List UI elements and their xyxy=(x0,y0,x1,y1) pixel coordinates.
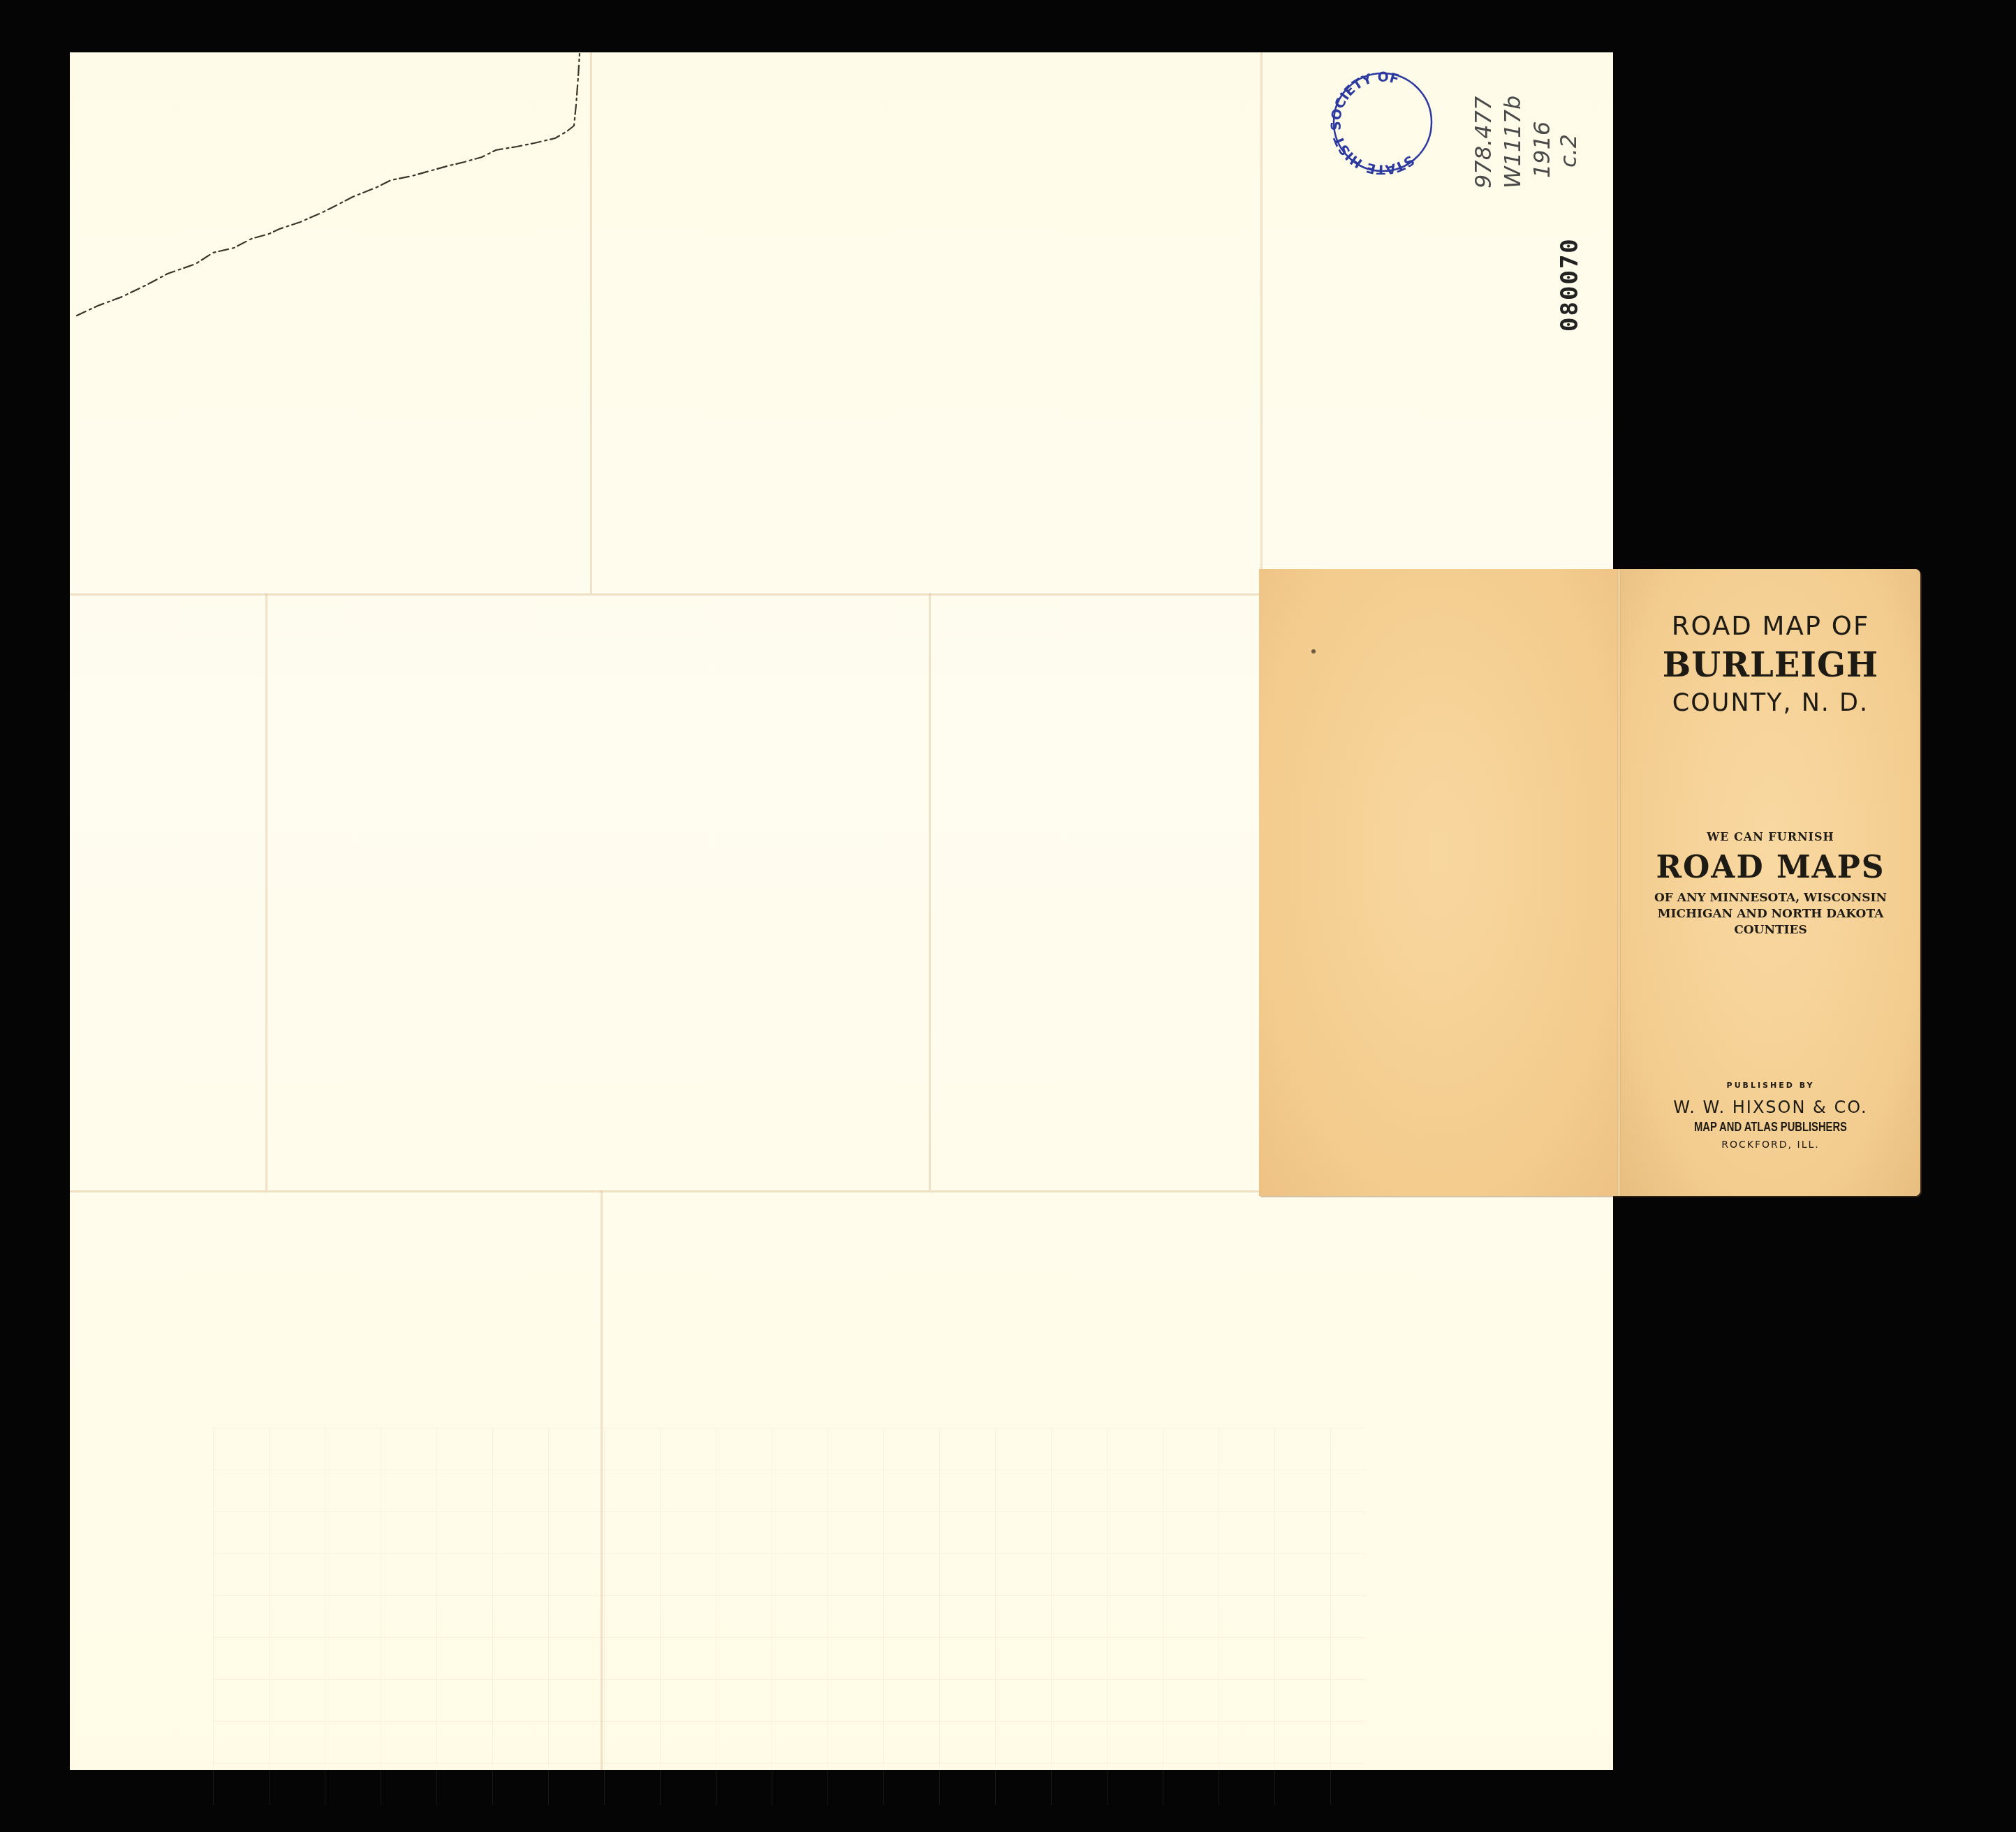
ad-body: OF ANY MINNESOTA, WISCONSIN MICHIGAN AND… xyxy=(1621,890,1920,938)
map-cover: ROAD MAP OF BURLEIGH COUNTY, N. D. WE CA… xyxy=(1259,569,1920,1196)
publisher-city: ROCKFORD, ILL. xyxy=(1621,1139,1920,1151)
ad-body-line: MICHIGAN AND NORTH DAKOTA xyxy=(1621,906,1920,922)
ad-body-line: COUNTIES xyxy=(1621,922,1920,938)
cover-title-county-state: COUNTY, N. D. xyxy=(1621,689,1920,717)
svg-text:STATE HIST SOCIETY OF ND: STATE HIST SOCIETY OF ND xyxy=(1330,70,1417,175)
call-number-line: 978.477 xyxy=(1470,96,1496,189)
publisher-name: W. W. HIXSON & CO. xyxy=(1621,1098,1920,1117)
call-number: 978.477 W1117b 1916 c.2 xyxy=(1470,84,1582,189)
call-number-line: 1916 xyxy=(1529,121,1555,178)
call-number-line: c.2 xyxy=(1555,134,1582,168)
paper-speck xyxy=(1311,649,1316,653)
ad-headline: ROAD MAPS xyxy=(1621,850,1920,885)
cover-front-panel: ROAD MAP OF BURLEIGH COUNTY, N. D. WE CA… xyxy=(1621,569,1920,1196)
library-stamp: STATE HIST SOCIETY OF ND xyxy=(1330,70,1435,175)
publisher-description: MAP AND ATLAS PUBLISHERS xyxy=(1648,1120,1894,1135)
cover-title-county-name: BURLEIGH xyxy=(1621,646,1920,685)
cover-back-panel xyxy=(1259,569,1619,1196)
ad-body-line: OF ANY MINNESOTA, WISCONSIN xyxy=(1621,890,1920,906)
publisher-intro: PUBLISHED BY xyxy=(1621,1081,1920,1090)
ad-intro: WE CAN FURNISH xyxy=(1621,830,1920,843)
accession-number: 080070 xyxy=(1556,237,1584,332)
cover-title-road-map-of: ROAD MAP OF xyxy=(1621,611,1920,641)
stamp-text: STATE HIST SOCIETY OF ND xyxy=(1330,70,1417,175)
call-number-line: W1117b xyxy=(1499,96,1526,189)
